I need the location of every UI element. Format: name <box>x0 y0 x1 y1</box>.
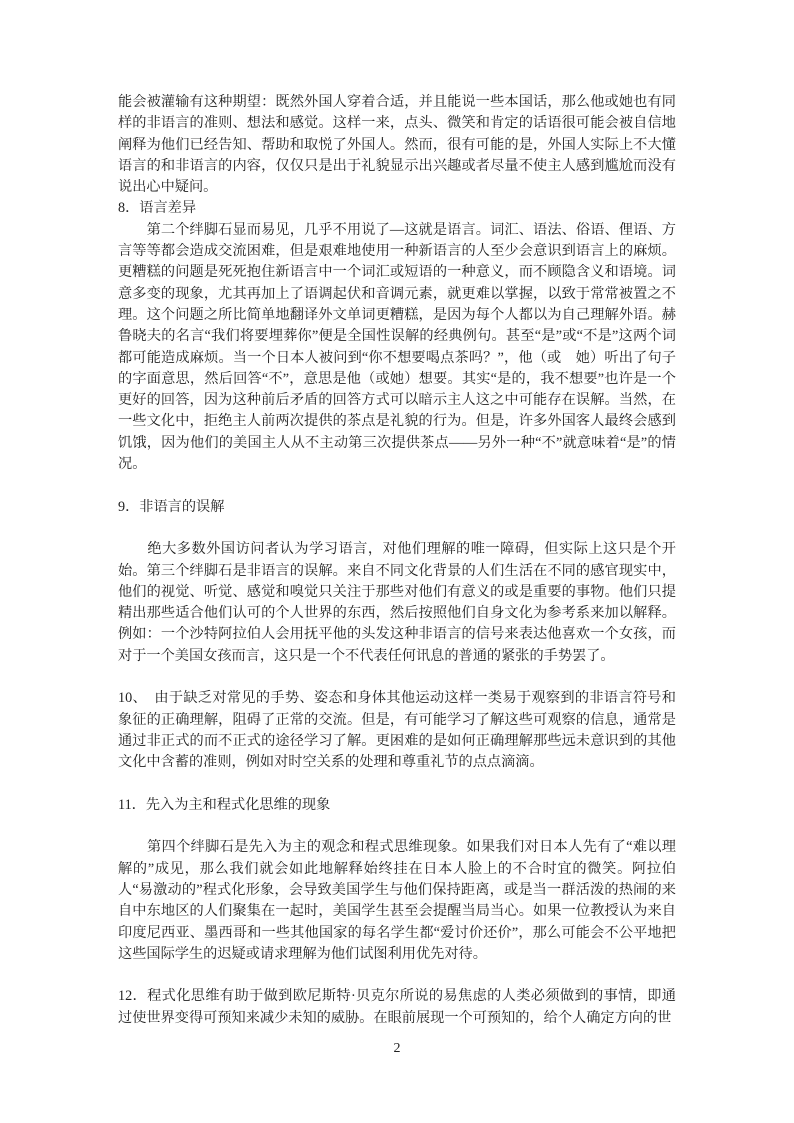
paragraph-12-stereotyped-thinking: 12．程式化思维有助于做到欧尼斯特·贝克尔所说的易焦虑的人类必须做到的事情，即通… <box>118 986 676 1029</box>
section-heading-8-language-differences: 8．语言差异 <box>118 198 676 219</box>
paragraph-continuation: 能会被灌输有这种期望：既然外国人穿着合适，并且能说一些本国话，那么他或她也有同样… <box>118 92 676 198</box>
document-body: 能会被灌输有这种期望：既然外国人穿着合适，并且能说一些本国话，那么他或她也有同样… <box>118 92 676 1029</box>
paragraph-10-gestures: 10、 由于缺乏对常见的手势、姿态和身体其他运动这样一类易于观察到的非语言符号和… <box>118 688 676 773</box>
paragraph-language-differences: 第二个绊脚石显而易见，几乎不用说了—这就是语言。词汇、语法、俗语、俚语、方言等等… <box>118 220 676 476</box>
section-heading-9-nonverbal-misunderstanding: 9．非语言的误解 <box>118 497 676 518</box>
page-number: 2 <box>0 1038 794 1059</box>
section-heading-11-preconceptions-stereotypes: 11．先入为主和程式化思维的现象 <box>118 795 676 816</box>
document-page: 能会被灌输有这种期望：既然外国人穿着合适，并且能说一些本国话，那么他或她也有同样… <box>0 0 794 1123</box>
paragraph-stereotypes: 第四个绊脚石是先入为主的观念和程式思维现象。如果我们对日本人先有了“难以理解的”… <box>118 837 676 965</box>
paragraph-nonverbal-misunderstanding: 绝大多数外国访问者认为学习语言，对他们理解的唯一障碍，但实际上这只是个开始。第三… <box>118 539 676 667</box>
